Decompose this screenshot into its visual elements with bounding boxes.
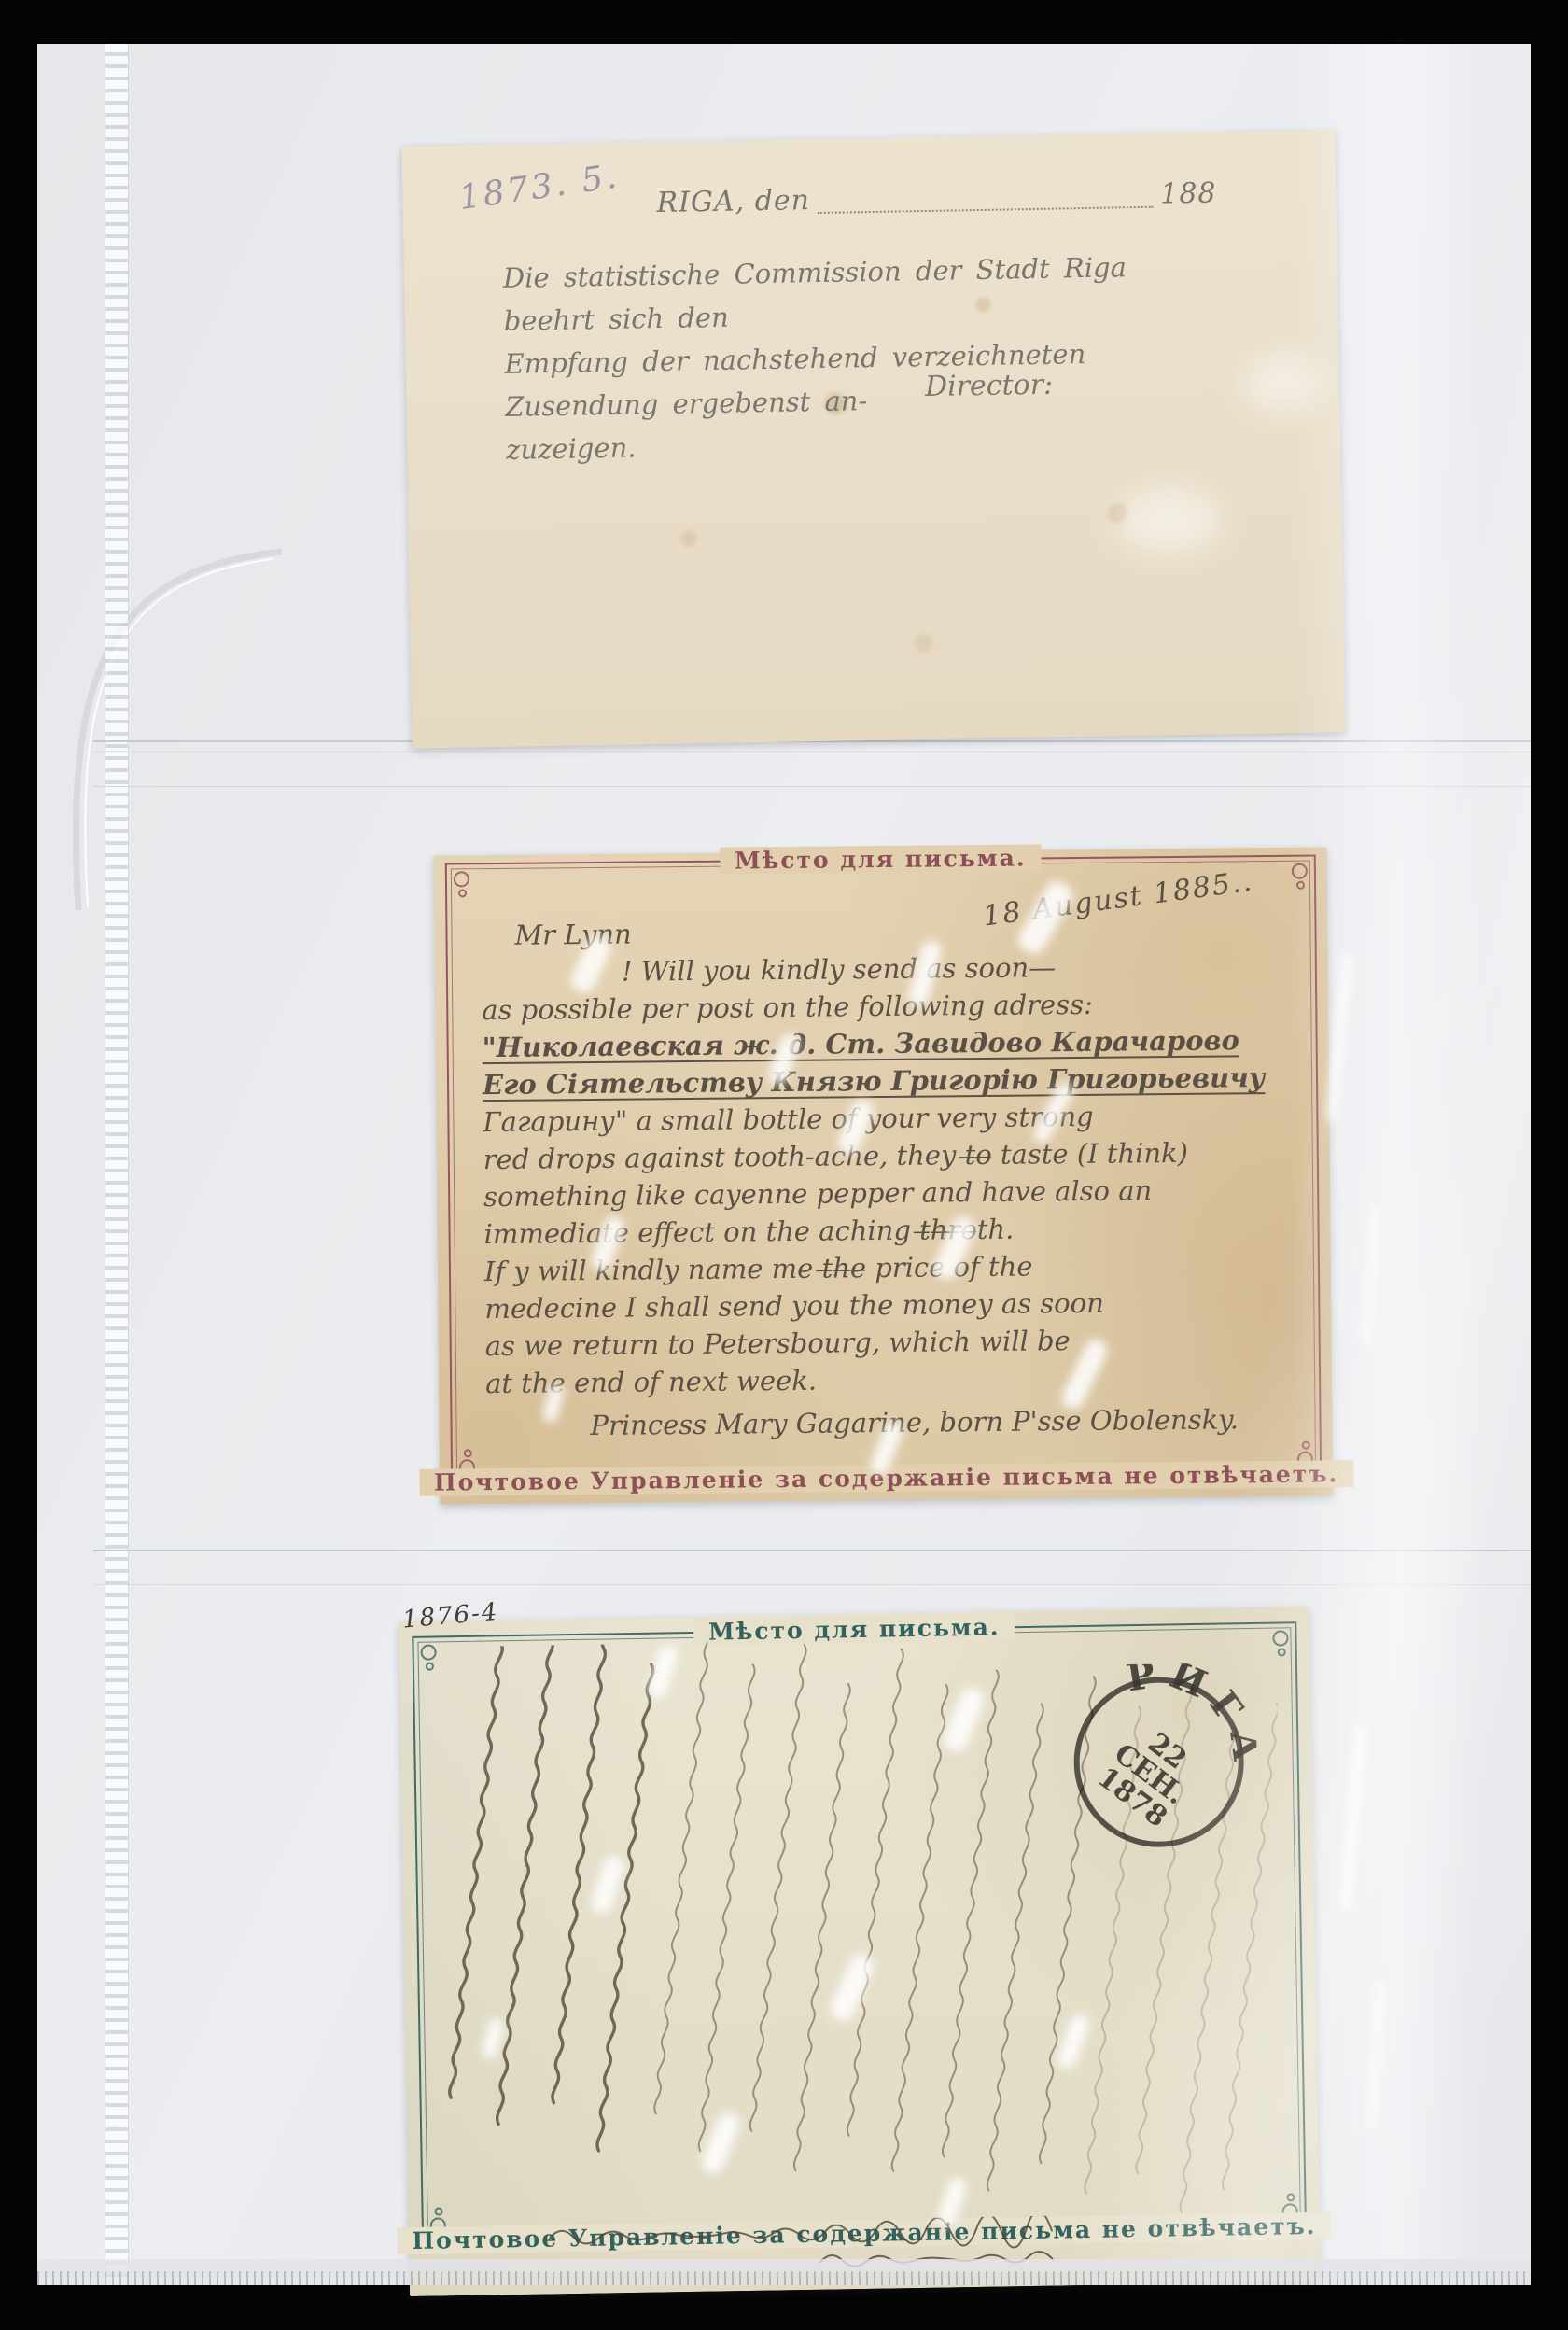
handwritten-letter: Mr Lynn ! Will you kindly send as soon— … (481, 909, 1300, 1445)
corner-ornament-icon (1292, 863, 1308, 879)
pocket-seam (93, 1584, 1531, 1585)
riga-postmark-stamp-icon: РИГА 22 СЕН. 1878 (1059, 1663, 1258, 1861)
postcard-gagarine-letter: Мѣсто для письма. Почтовое Управленіе за… (434, 847, 1334, 1504)
glare-streak (1363, 1206, 1379, 1346)
corner-ornament-icon (454, 871, 469, 887)
postcard-riga-1878: 1876-4 Мѣсто для письма. Почтовое Управл… (399, 1607, 1321, 2296)
glare-streak (1366, 1981, 1384, 2130)
letter-line: ! Will you kindly send as soon— (622, 947, 1296, 990)
glare-blob (1245, 355, 1321, 412)
sleeve-serrated-edge (37, 2271, 1531, 2285)
glare-streak (1340, 1724, 1365, 1911)
letter-line: red drops against tooth-ache, they t̶o̶ … (483, 1133, 1298, 1178)
director-label: Director: (925, 369, 1054, 403)
frame-footer-text: Почтовое Управленіе за содержаніе письма… (419, 1460, 1353, 1496)
dotted-leader (818, 178, 1154, 214)
pencil-annotation: 1876-4 (401, 1598, 500, 1635)
signature-line: Princess Mary Gagarine, born P'sse Obole… (590, 1400, 1300, 1444)
dateline-place: RIGA, den (656, 184, 810, 219)
printed-paragraph: Die statistische Commission der Stadt Ri… (503, 245, 1171, 470)
sleeve-background: 1873. 5. RIGA, den 188 Die statistische … (37, 44, 1531, 2285)
pocket-seam (93, 1550, 1531, 1551)
printed-dateline: RIGA, den 188 (656, 177, 1217, 222)
glare-blob (1117, 487, 1221, 554)
pencil-annotation: 1873. 5. (456, 157, 622, 218)
glare-streak (1326, 954, 1353, 1122)
album-page-photo: 1873. 5. RIGA, den 188 Die statistische … (0, 0, 1568, 2330)
dateline-year: 188 (1160, 177, 1217, 211)
sleeve-ring-edge (37, 529, 317, 931)
sleeve-stitch-edge (105, 44, 129, 2285)
sleeve-welded-edge (37, 2259, 1531, 2272)
letter-line-address: Его Сіятельству Князю Григорію Григорьев… (483, 1059, 1297, 1103)
letter-line: at the end of next week. (485, 1357, 1300, 1402)
frame-header-text: Мѣсто для письма. (720, 844, 1042, 874)
paragraph-line: Die statistische Commission der Stadt Ri… (503, 245, 1169, 342)
postcard-riga-commission: 1873. 5. RIGA, den 188 Die statistische … (401, 130, 1345, 748)
paragraph-line: Empfang der nachstehend verzeichneten Zu… (504, 330, 1169, 428)
